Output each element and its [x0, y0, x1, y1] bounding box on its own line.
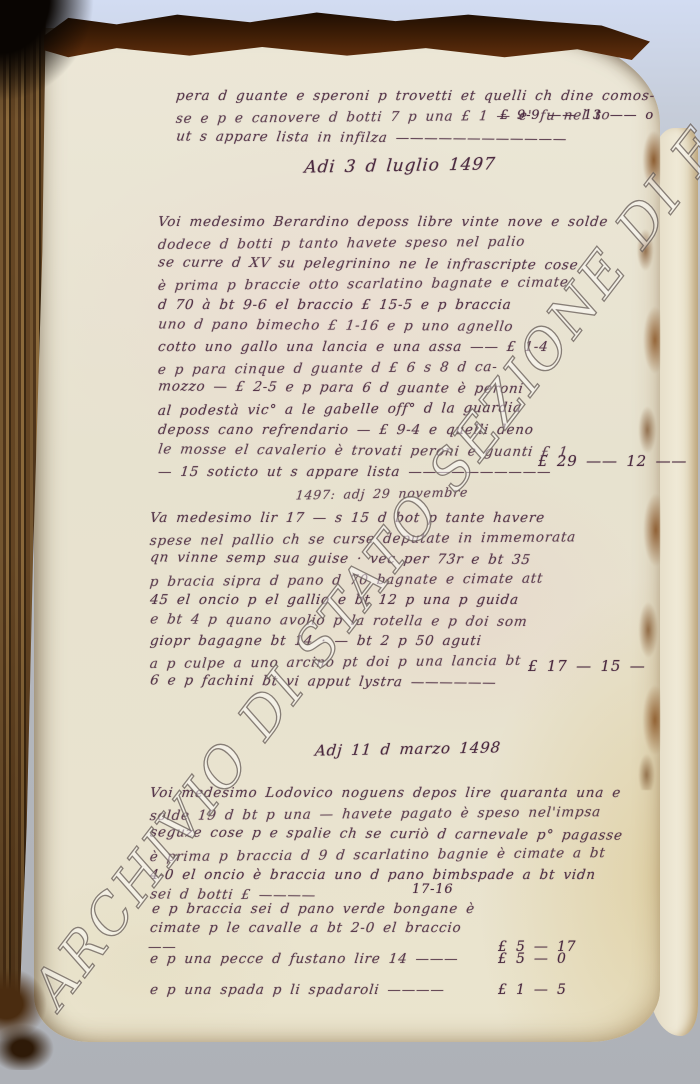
handwriting-line: 45 el oncio p el gallio e bt 12 p una p … — [149, 590, 616, 611]
handwriting-line: pera d guante e speroni p trovetti et qu… — [175, 86, 617, 107]
dark-spine-corner — [0, 0, 130, 160]
subtotal-figure: 17-16 — [412, 882, 453, 897]
handwriting-line: Va medesimo lir 17 — s 15 d bot p tante … — [149, 508, 616, 529]
entry-paragraph: Voi medesimo Berardino deposs libre vint… — [158, 212, 618, 482]
handwriting-line: qn vinne semp sua guise · vec per 73r e … — [149, 547, 616, 571]
handwriting-line: al podestà vic° a le gabelle off° d la g… — [157, 397, 619, 422]
ledger-item: e p braccia sei d pano verde bongane è c… — [150, 900, 670, 957]
handwriting-line: deposs cano refrendario — £ 9-4 e quelli… — [157, 420, 619, 441]
handwriting-line: d 70 à bt 9-6 el braccio £ 15-5 e p brac… — [157, 295, 619, 316]
manuscript-photo: pera d guante e speroni p trovetti et qu… — [0, 0, 700, 1084]
entry-heading-luglio-1497: Adi 3 d luglio 1497 — [254, 153, 546, 178]
handwriting-line: Voi medesimo Berardino deposs libre vint… — [157, 212, 619, 233]
entry-heading-novembre-1497: 1497: adj 29 novembre — [261, 484, 503, 503]
entry-paragraph: Voi medesimo Lodovico noguens depos lire… — [150, 783, 625, 906]
handwriting-layer: pera d guante e speroni p trovetti et qu… — [0, 0, 700, 1084]
handwriting-line: è prima p braccie otto scarlatino bagnat… — [157, 272, 619, 297]
handwriting-line: ut s appare lista in infilza ———————————… — [175, 126, 617, 150]
handwriting-line: giopr bagagne bt 14 · — bt 2 p 50 aguti — [149, 631, 616, 652]
handwriting-line: 4-0 el oncio è braccia uno d pano bimbsp… — [149, 865, 626, 886]
amount-figure: £ 29 —— 12 —— — [538, 452, 687, 470]
handwriting-line: cotto uno gallo una lancia e una assa ——… — [157, 337, 619, 358]
ledger-item-text: e p una pecce d fustano lire 14 ——— — [149, 950, 486, 969]
ledger-item: e p una pecce d fustano lire 14 ——— £ 5 … — [150, 950, 670, 969]
amount-figure: £ 17 — 15 — — [528, 657, 646, 675]
handwriting-line: e bt 4 p quano avolio p la rotella e p d… — [149, 609, 616, 633]
ledger-item-text: e p una spada p li spadaroli ———— — [149, 981, 486, 1000]
handwriting-line: p bracia sipra d pano d 70 bagnate e cim… — [149, 567, 616, 592]
amount-figure: £ 1 — 5 — [498, 982, 567, 998]
handwriting-line: Voi medesimo Lodovico noguens depos lire… — [149, 783, 626, 804]
handwriting-line: uno d pano bimecho £ 1-16 e p uno agnell… — [157, 314, 619, 338]
handwriting-line: è prima p braccia d 9 d scarlatino bagni… — [149, 842, 626, 867]
ledger-item-text: e p braccia sei d pano verde bongane è c… — [147, 900, 488, 957]
entry-heading-marzo-1498: Adj 11 d marzo 1498 — [267, 738, 549, 761]
amount-figure: £ 5 — 0 — [498, 951, 567, 967]
amount-figure: £ 9-9 —— 13 —— o — [500, 108, 654, 123]
ledger-item: e p una spada p li spadaroli ———— £ 1 — … — [150, 981, 670, 1000]
binding-leather-tuft — [0, 950, 80, 1070]
